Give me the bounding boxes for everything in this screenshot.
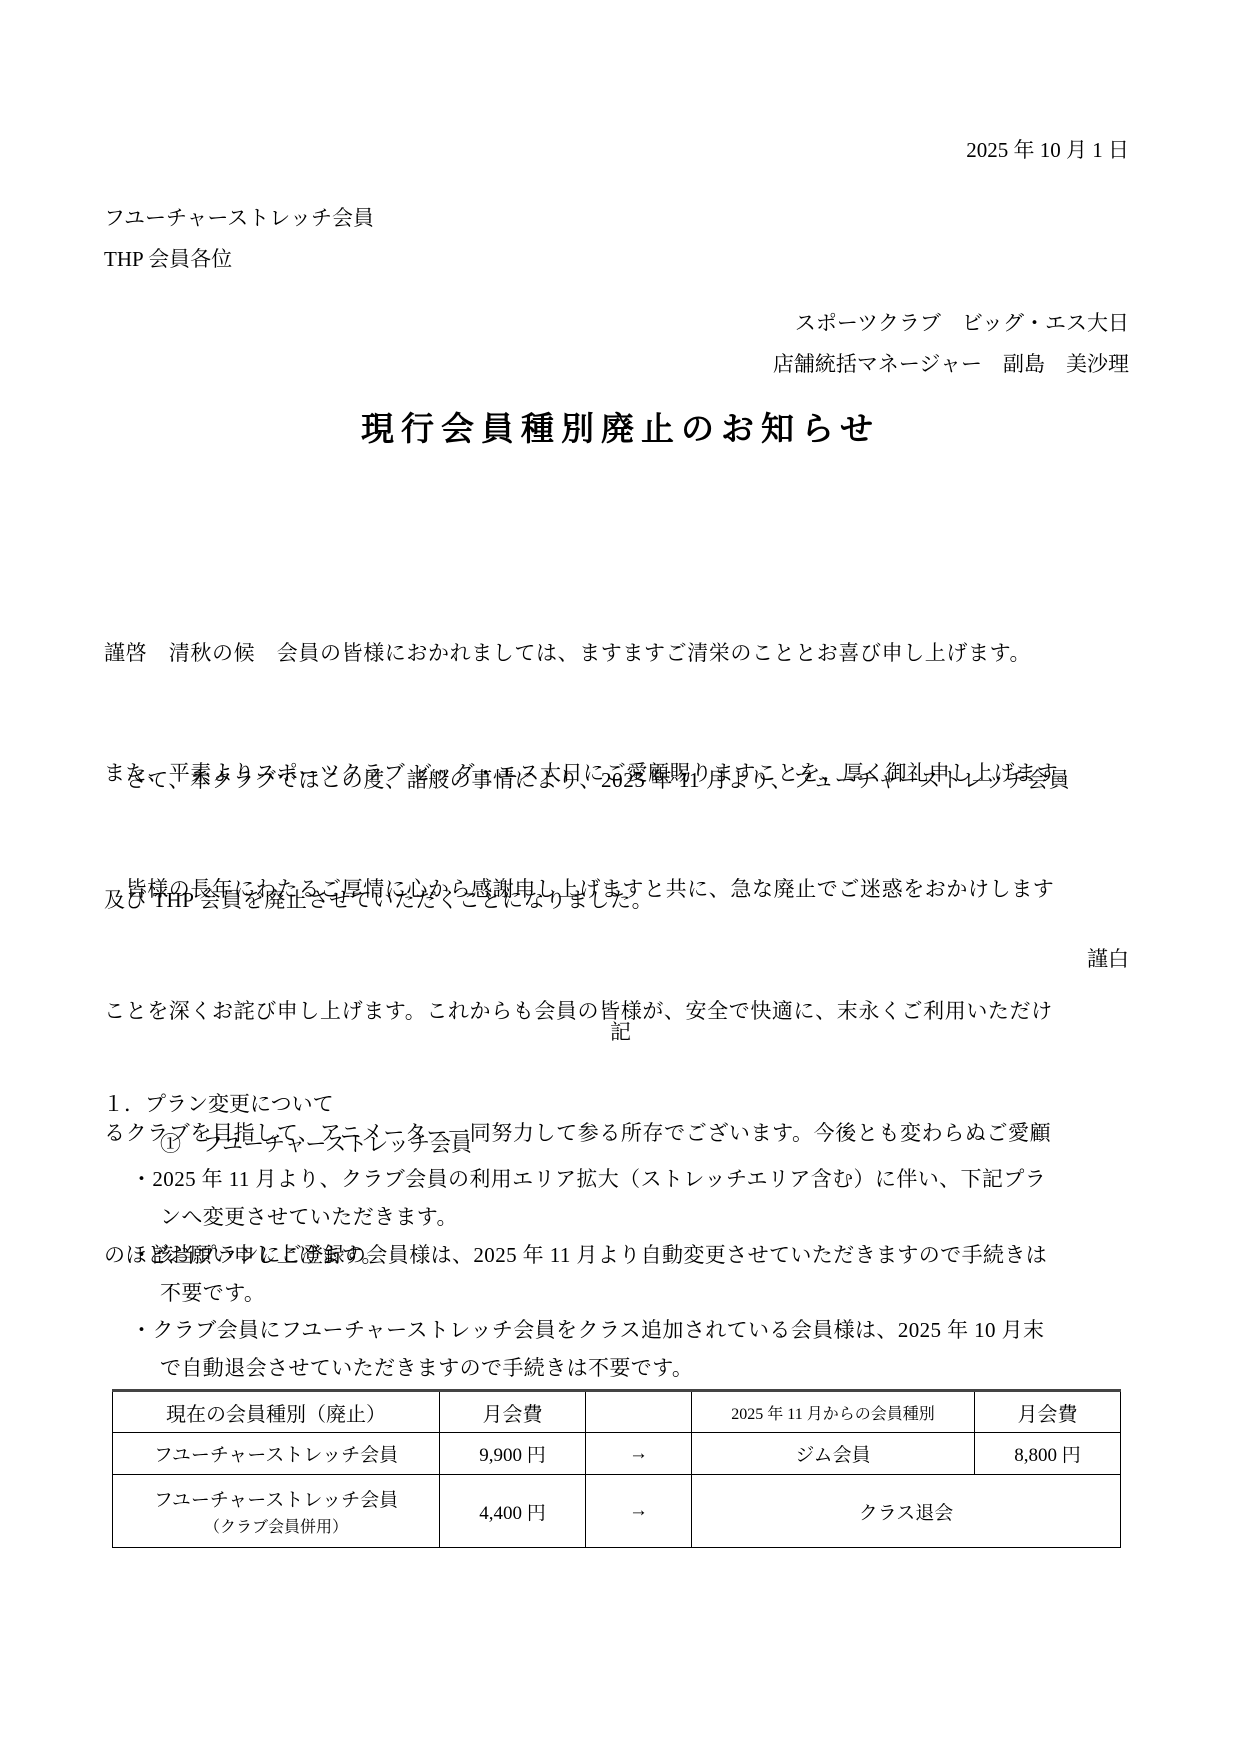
cell-new-fee: 8,800 円 <box>975 1433 1121 1475</box>
section-heading: １．プラン変更について <box>103 1086 334 1122</box>
bullet-line: ・2025 年 11 月より、クラブ会員の利用エリア拡大（ストレッチエリア含む）… <box>131 1160 1046 1198</box>
sender-block: スポーツクラブ ビッグ・エス大日 店舗統括マネージャー 副島 美沙理 <box>105 303 1129 385</box>
bullet-line: ンへ変更させていただきます。 <box>160 1198 1046 1236</box>
header-new-type: 2025 年 11 月からの会員種別 <box>692 1391 975 1433</box>
table-row: フユーチャーストレッチ会員 9,900 円 → ジム会員 8,800 円 <box>113 1433 1121 1475</box>
cell-current-membership: フユーチャーストレッチ会員 <box>113 1433 440 1475</box>
header-new-monthly-fee: 月会費 <box>975 1391 1121 1433</box>
cell-fee: 9,900 円 <box>440 1433 586 1475</box>
record-marker: 記 <box>0 1014 1241 1050</box>
bullet-item: ・該当プランにご登録の会員様は、2025 年 11 月より自動変更させていただき… <box>131 1236 1047 1312</box>
sender-organization: スポーツクラブ ビッグ・エス大日 <box>105 303 1129 344</box>
cell-current-membership: フユーチャーストレッチ会員 （クラブ会員併用） <box>113 1475 440 1548</box>
cell-new-membership: クラス退会 <box>692 1475 1121 1548</box>
membership-name: フユーチャーストレッチ会員 <box>117 1485 435 1512</box>
header-monthly-fee: 月会費 <box>440 1391 586 1433</box>
bullet-line: 不要です。 <box>160 1274 1047 1312</box>
apology-line: 皆様の長年にわたるご厚情に心から感謝申し上げますと共に、急な廃止でご迷惑をおかけ… <box>104 868 1054 910</box>
date-line: 2025 年 10 月 1 日 <box>105 133 1129 167</box>
change-arrow-icon: → <box>586 1433 692 1475</box>
bullet-line: ・クラブ会員にフユーチャーストレッチ会員をクラス追加されている会員様は、2025… <box>131 1311 1044 1349</box>
header-blank-cell <box>586 1391 692 1433</box>
section-item-label: ① フユーチャーストレッチ会員 <box>160 1126 472 1162</box>
header-current-type: 現在の会員種別（廃止） <box>113 1391 440 1433</box>
recipient-block: フユーチャーストレッチ会員 THP 会員各位 <box>104 198 374 280</box>
cell-fee: 4,400 円 <box>440 1475 586 1548</box>
bullet-item: ・クラブ会員にフユーチャーストレッチ会員をクラス追加されている会員様は、2025… <box>131 1311 1044 1387</box>
cell-new-membership: ジム会員 <box>692 1433 975 1475</box>
sender-name: 店舗統括マネージャー 副島 美沙理 <box>105 344 1129 385</box>
recipient-line-1: フユーチャーストレッチ会員 <box>104 198 374 239</box>
plan-change-table: 現在の会員種別（廃止） 月会費 2025 年 11 月からの会員種別 月会費 フ… <box>112 1389 1121 1548</box>
notice-title: 現行会員種別廃止のお知らせ <box>0 405 1241 455</box>
document-page: 2025 年 10 月 1 日 フユーチャーストレッチ会員 THP 会員各位 ス… <box>0 0 1241 1755</box>
greeting-line: 謹啓 清秋の候 会員の皆様におかれましては、ますますご清栄のこととお喜び申し上げ… <box>104 633 1078 673</box>
bullet-item: ・2025 年 11 月より、クラブ会員の利用エリア拡大（ストレッチエリア含む）… <box>131 1160 1046 1236</box>
recipient-line-2: THP 会員各位 <box>104 239 374 280</box>
table-header-row: 現在の会員種別（廃止） 月会費 2025 年 11 月からの会員種別 月会費 <box>113 1391 1121 1433</box>
change-arrow-icon: → <box>586 1475 692 1548</box>
closing-word: 謹白 <box>105 941 1129 977</box>
table-row: フユーチャーストレッチ会員 （クラブ会員併用） 4,400 円 → クラス退会 <box>113 1475 1121 1548</box>
bullet-line: で自動退会させていただきますので手続きは不要です。 <box>160 1349 1044 1387</box>
membership-note: （クラブ会員併用） <box>117 1514 435 1537</box>
bullet-line: ・該当プランにご登録の会員様は、2025 年 11 月より自動変更させていただき… <box>131 1236 1047 1274</box>
